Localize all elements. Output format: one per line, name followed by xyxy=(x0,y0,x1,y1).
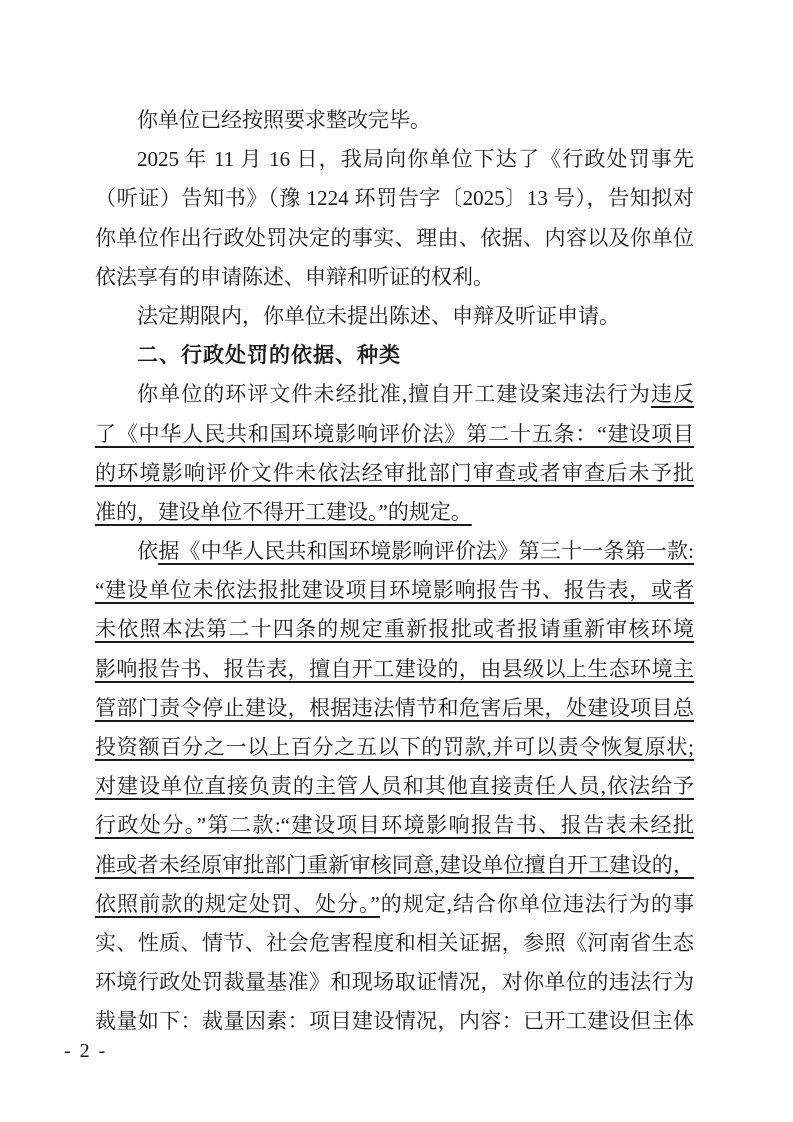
underlined-text-segment: 违反 xyxy=(651,382,694,406)
document-page: 你单位已经按照要求整改完毕。2025 年 11 月 16 日，我局向你单位下达了… xyxy=(0,0,793,1122)
underlined-text-segment: 未依照本法第二十四条的规定重新报批或者报请重新审核环境 xyxy=(95,617,694,641)
text-line: “建设单位未依法报批建设项目环境影响报告书、报告表，或者 xyxy=(95,571,694,610)
text-line: 投资额百分之一以上百分之五以下的罚款,并可以责令恢复原状; xyxy=(95,728,694,767)
text-segment: 二、行政处罚的依据、种类 xyxy=(137,344,401,367)
text-segment: 你单位已经按照要求整改完毕。 xyxy=(137,108,431,132)
underlined-text-segment: 投资额百分之一以上百分之五以下的罚款,并可以责令恢复原状; xyxy=(95,735,694,759)
underlined-text-segment: 了《中华人民共和国环境影响评价法》第二十五条：“建设项目 xyxy=(95,422,694,446)
text-line: 环境行政处罚裁量基准》和现场取证情况，对你单位的违法行为 xyxy=(95,963,694,1002)
underlined-text-segment: 依照前款的规定处罚、处分。” xyxy=(95,892,380,916)
underlined-text-segment: “建设单位未依法报批建设项目环境影响报告书、报告表，或者 xyxy=(95,578,694,602)
text-line: 实、性质、情节、社会危害程度和相关证据，参照《河南省生态 xyxy=(95,924,694,963)
text-segment: 你单位作出行政处罚决定的事实、理由、依据、内容以及你单位 xyxy=(95,226,694,250)
text-line: 你单位已经按照要求整改完毕。 xyxy=(95,101,694,140)
text-segment: 2025 年 11 月 16 日，我局向你单位下达了《行政处罚事先 xyxy=(137,147,694,171)
text-segment: 环境行政处罚裁量基准》和现场取证情况，对你单位的违法行为 xyxy=(95,970,694,994)
text-segment: 依 xyxy=(137,539,158,563)
text-segment: 你单位的环评文件未经批准,擅自开工建设案违法行为 xyxy=(137,382,651,406)
text-line: （听证）告知书》（豫 1224 环罚告字〔2025〕13 号），告知拟对 xyxy=(95,179,694,218)
text-line: 对建设单位直接负责的主管人员和其他直接责任人员,依法给予 xyxy=(95,767,694,806)
text-line: 2025 年 11 月 16 日，我局向你单位下达了《行政处罚事先 xyxy=(95,140,694,179)
text-segment: 裁量如下：裁量因素：项目建设情况，内容：已开工建设但主体 xyxy=(95,1009,694,1033)
underlined-text-segment: 的环境影响评价文件未依法经审批部门审查或者审查后未予批 xyxy=(95,461,694,485)
text-line: 未依照本法第二十四条的规定重新报批或者报请重新审核环境 xyxy=(95,610,694,649)
underlined-text-segment: 对建设单位直接负责的主管人员和其他直接责任人员,依法给予 xyxy=(95,774,694,798)
text-line: 你单位的环评文件未经批准,擅自开工建设案违法行为违反 xyxy=(95,375,694,414)
text-line: 你单位作出行政处罚决定的事实、理由、依据、内容以及你单位 xyxy=(95,219,694,258)
text-line: 管部门责令停止建设，根据违法情节和危害后果，处建设项目总 xyxy=(95,689,694,728)
underlined-text-segment: 准的，建设单位不得开工建设。”的规定。 xyxy=(95,500,472,524)
underlined-text-segment: 据《中华人民共和国环境影响评价法》第三十一条第一款: xyxy=(158,539,694,563)
text-line: 准的，建设单位不得开工建设。”的规定。 xyxy=(95,493,694,532)
text-segment: 依法享有的申请陈述、申辩和听证的权利。 xyxy=(95,265,494,289)
underlined-text-segment: 行政处分。”第二款:“建设项目环境影响报告书、报告表未经批 xyxy=(95,813,694,837)
text-segment: 实、性质、情节、社会危害程度和相关证据，参照《河南省生态 xyxy=(95,931,694,955)
text-line: 准或者未经原审批部门重新审核同意,建设单位擅自开工建设的， xyxy=(95,846,694,885)
text-line: 法定期限内，你单位未提出陈述、申辩及听证申请。 xyxy=(95,297,694,336)
text-line: 了《中华人民共和国环境影响评价法》第二十五条：“建设项目 xyxy=(95,415,694,454)
underlined-text-segment: 准或者未经原审批部门重新审核同意,建设单位擅自开工建设的， xyxy=(95,853,694,877)
document-body: 你单位已经按照要求整改完毕。2025 年 11 月 16 日，我局向你单位下达了… xyxy=(95,101,694,1042)
text-segment: 的规定,结合你单位违法行为的事 xyxy=(380,892,694,916)
text-line: 影响报告书、报告表，擅自开工建设的，由县级以上生态环境主 xyxy=(95,650,694,689)
text-line: 裁量如下：裁量因素：项目建设情况，内容：已开工建设但主体 xyxy=(95,1002,694,1041)
text-line: 依照前款的规定处罚、处分。”的规定,结合你单位违法行为的事 xyxy=(95,885,694,924)
text-line: 依法享有的申请陈述、申辩和听证的权利。 xyxy=(95,258,694,297)
text-line: 的环境影响评价文件未依法经审批部门审查或者审查后未予批 xyxy=(95,454,694,493)
text-line: 依据《中华人民共和国环境影响评价法》第三十一条第一款: xyxy=(95,532,694,571)
text-segment: （听证）告知书》（豫 1224 环罚告字〔2025〕13 号），告知拟对 xyxy=(95,186,694,210)
section-heading: 二、行政处罚的依据、种类 xyxy=(95,336,694,375)
page-number: - 2 - xyxy=(64,1039,107,1063)
underlined-text-segment: 影响报告书、报告表，擅自开工建设的，由县级以上生态环境主 xyxy=(95,657,694,681)
text-segment: 法定期限内，你单位未提出陈述、申辩及听证申请。 xyxy=(137,304,620,328)
underlined-text-segment: 管部门责令停止建设，根据违法情节和危害后果，处建设项目总 xyxy=(95,696,694,720)
text-line: 行政处分。”第二款:“建设项目环境影响报告书、报告表未经批 xyxy=(95,806,694,845)
